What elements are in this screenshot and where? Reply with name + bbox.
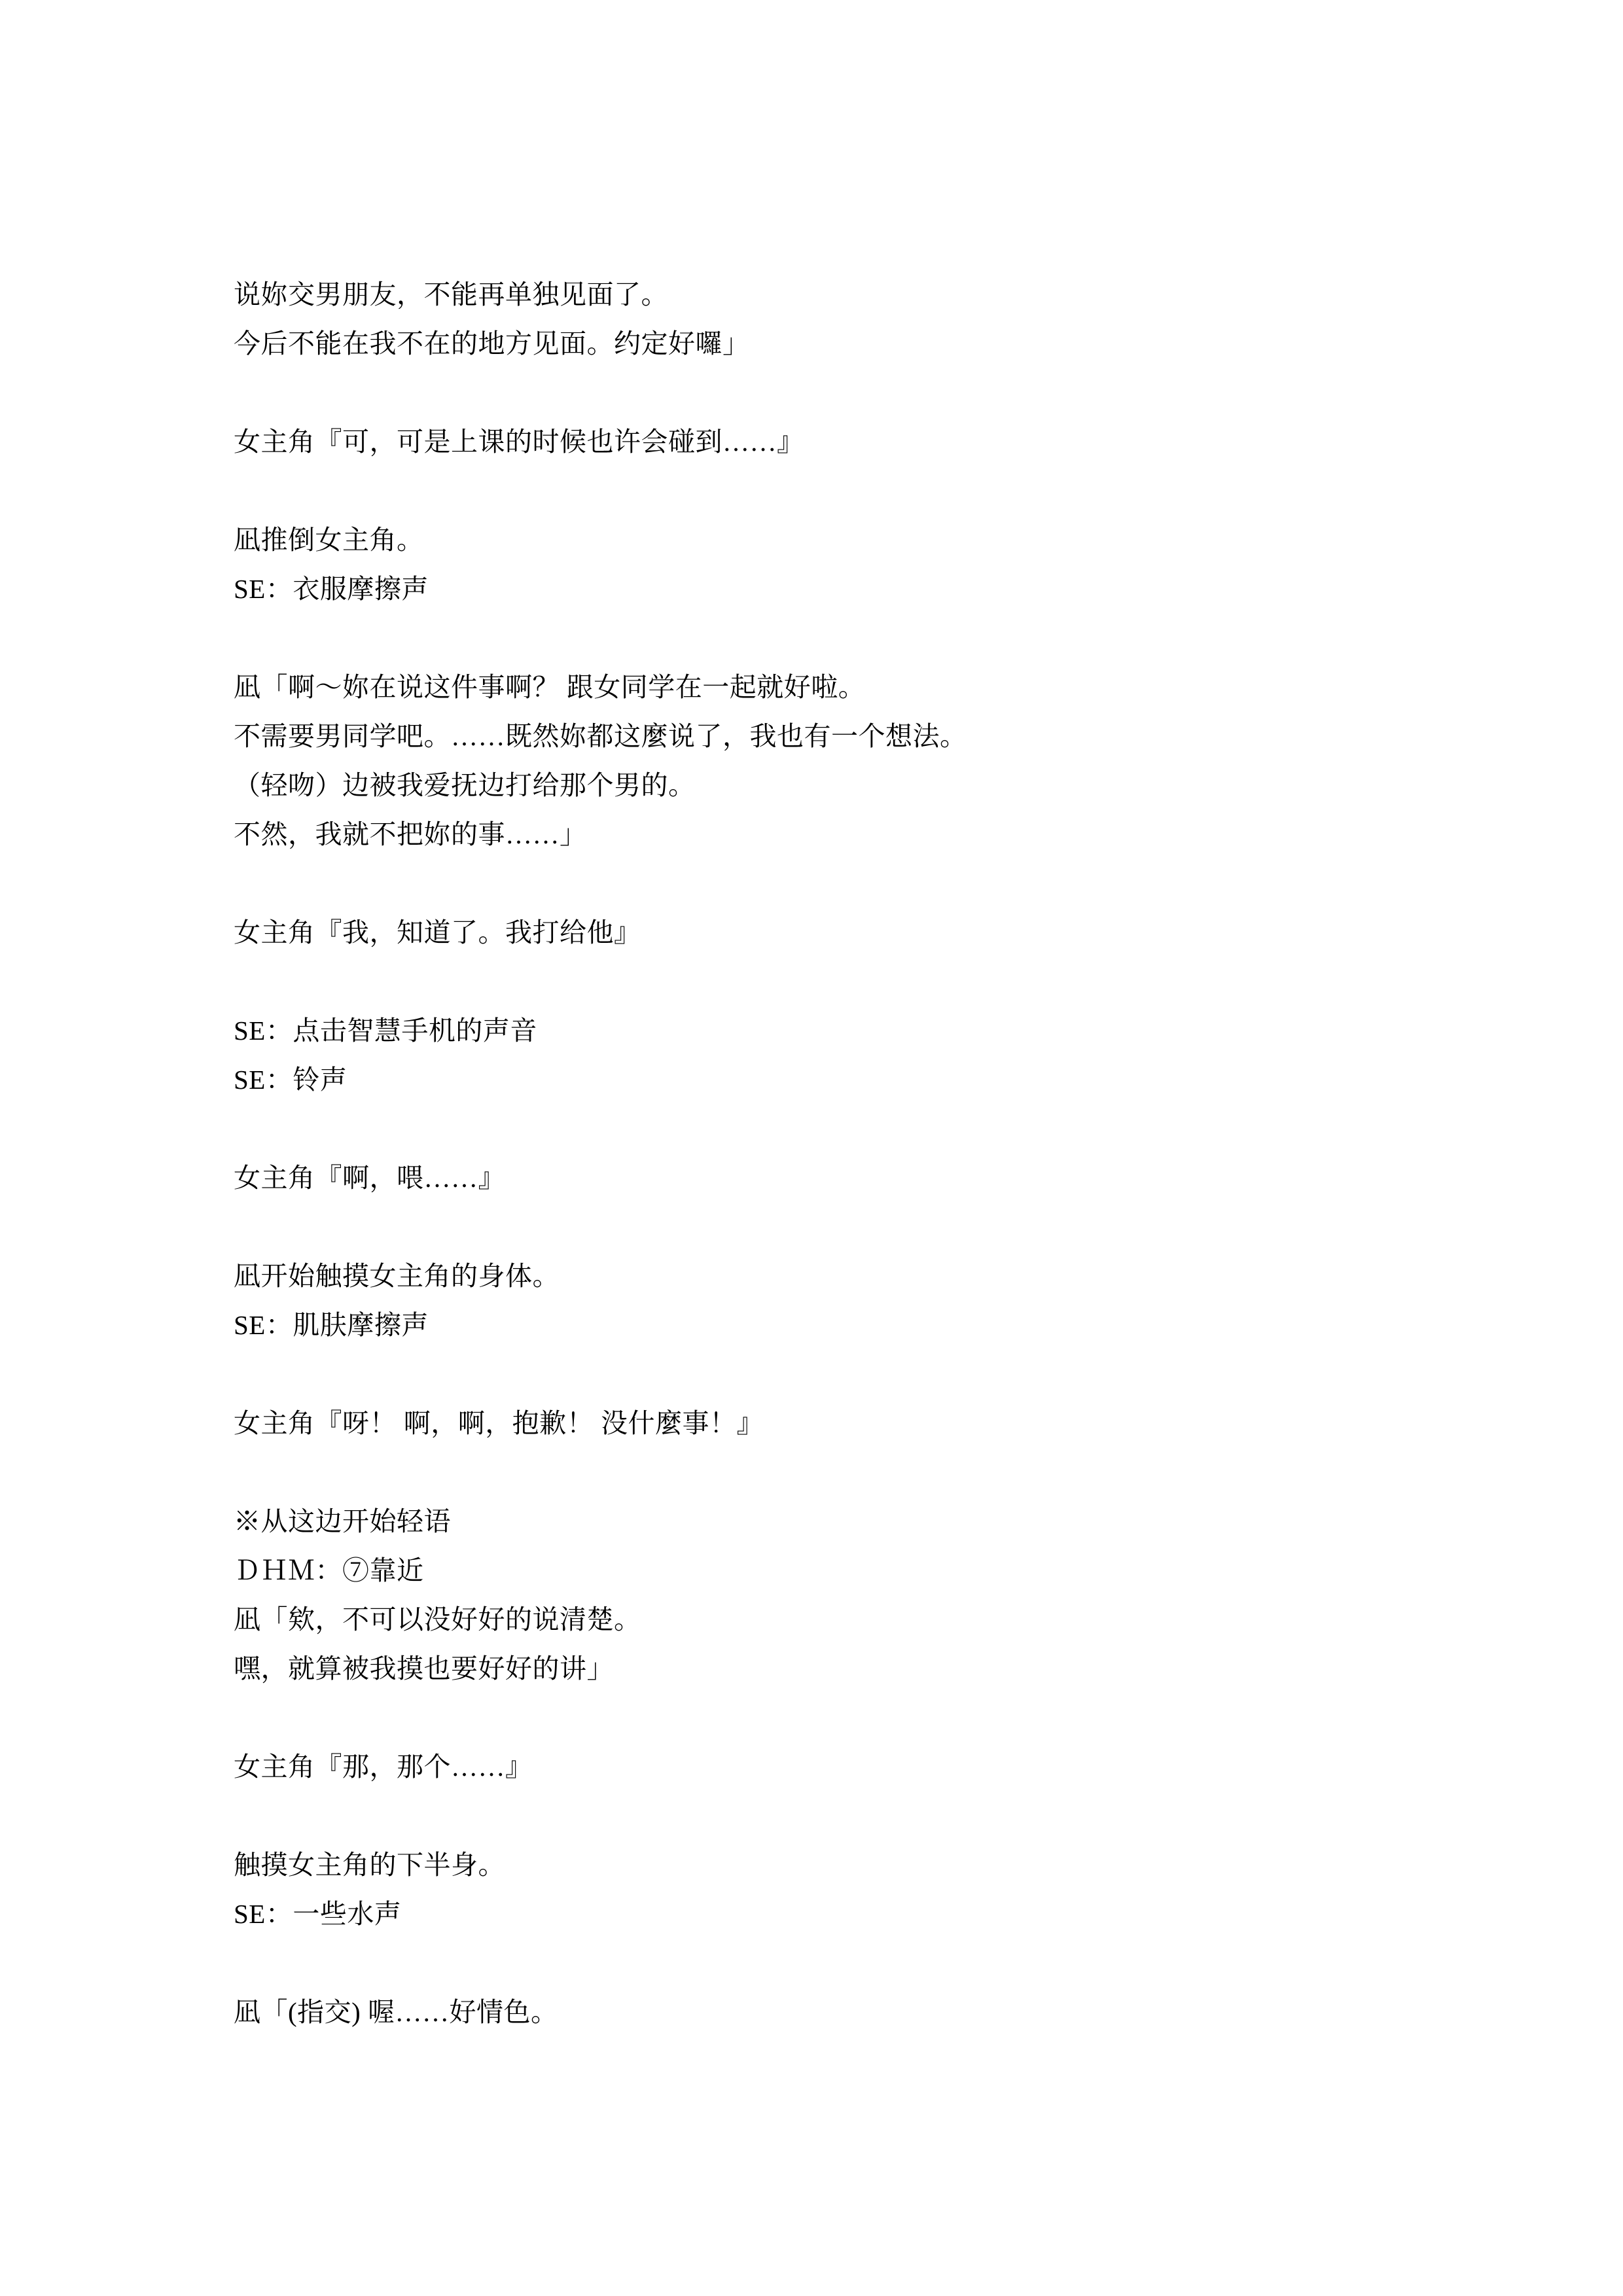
script-line: SE：肌肤摩擦声 bbox=[234, 1301, 1544, 1350]
script-paragraph: 女主角『啊，喂……』 bbox=[234, 1154, 1544, 1203]
script-line: 凪「欸，不可以没好好的说清楚。 bbox=[234, 1595, 1544, 1644]
script-line: 凪开始触摸女主角的身体。 bbox=[234, 1252, 1544, 1301]
script-page: 说妳交男朋友，不能再单独见面了。今后不能在我不在的地方见面。约定好囉」女主角『可… bbox=[0, 0, 1623, 2296]
script-line: 凪推倒女主角。 bbox=[234, 516, 1544, 565]
script-line: SE：一些水声 bbox=[234, 1890, 1544, 1939]
script-line: 凪「啊～妳在说这件事啊？ 跟女同学在一起就好啦。 bbox=[234, 663, 1544, 712]
script-paragraph: 凪「啊～妳在说这件事啊？ 跟女同学在一起就好啦。不需要男同学吧。……既然妳都这麼… bbox=[234, 663, 1544, 859]
script-line: 不需要男同学吧。……既然妳都这麼说了，我也有一个想法。 bbox=[234, 712, 1544, 761]
script-line: 今后不能在我不在的地方见面。约定好囉」 bbox=[234, 319, 1544, 368]
script-line: SE：铃声 bbox=[234, 1055, 1544, 1104]
script-paragraph: 女主角『呀！ 啊，啊，抱歉！ 没什麼事！』 bbox=[234, 1399, 1544, 1448]
script-line: 不然，我就不把妳的事……」 bbox=[234, 810, 1544, 859]
script-paragraph: 触摸女主角的下半身。SE：一些水声 bbox=[234, 1841, 1544, 1939]
script-line: 女主角『我，知道了。我打给他』 bbox=[234, 908, 1544, 957]
script-paragraph: 女主角『我，知道了。我打给他』 bbox=[234, 908, 1544, 957]
script-paragraph: 女主角『那，那个……』 bbox=[234, 1742, 1544, 1792]
script-line: 女主角『那，那个……』 bbox=[234, 1742, 1544, 1792]
script-line: ＤＨＭ：⑦靠近 bbox=[234, 1546, 1544, 1595]
script-paragraph: 凪开始触摸女主角的身体。SE：肌肤摩擦声 bbox=[234, 1252, 1544, 1350]
script-line: SE：点击智慧手机的声音 bbox=[234, 1006, 1544, 1055]
script-paragraph: 说妳交男朋友，不能再单独见面了。今后不能在我不在的地方见面。约定好囉」 bbox=[234, 270, 1544, 368]
script-text-block: 说妳交男朋友，不能再单独见面了。今后不能在我不在的地方见面。约定好囉」女主角『可… bbox=[234, 270, 1544, 2086]
script-line: （轻吻）边被我爱抚边打给那个男的。 bbox=[234, 761, 1544, 810]
script-line: 凪「(指交) 喔……好情色。 bbox=[234, 1988, 1544, 2037]
script-line: 女主角『可，可是上课的时候也许会碰到……』 bbox=[234, 417, 1544, 467]
script-line: 女主角『啊，喂……』 bbox=[234, 1154, 1544, 1203]
script-paragraph: ※从这边开始轻语ＤＨＭ：⑦靠近凪「欸，不可以没好好的说清楚。嘿，就算被我摸也要好… bbox=[234, 1497, 1544, 1693]
script-line: ※从这边开始轻语 bbox=[234, 1497, 1544, 1546]
script-paragraph: 凪推倒女主角。SE：衣服摩擦声 bbox=[234, 516, 1544, 614]
script-paragraph: 凪「(指交) 喔……好情色。 bbox=[234, 1988, 1544, 2037]
script-paragraph: 女主角『可，可是上课的时候也许会碰到……』 bbox=[234, 417, 1544, 467]
script-line: 触摸女主角的下半身。 bbox=[234, 1841, 1544, 1890]
script-paragraph: SE：点击智慧手机的声音SE：铃声 bbox=[234, 1006, 1544, 1104]
script-line: 说妳交男朋友，不能再单独见面了。 bbox=[234, 270, 1544, 319]
script-line: SE：衣服摩擦声 bbox=[234, 565, 1544, 614]
script-line: 女主角『呀！ 啊，啊，抱歉！ 没什麼事！』 bbox=[234, 1399, 1544, 1448]
script-line: 嘿，就算被我摸也要好好的讲」 bbox=[234, 1644, 1544, 1693]
